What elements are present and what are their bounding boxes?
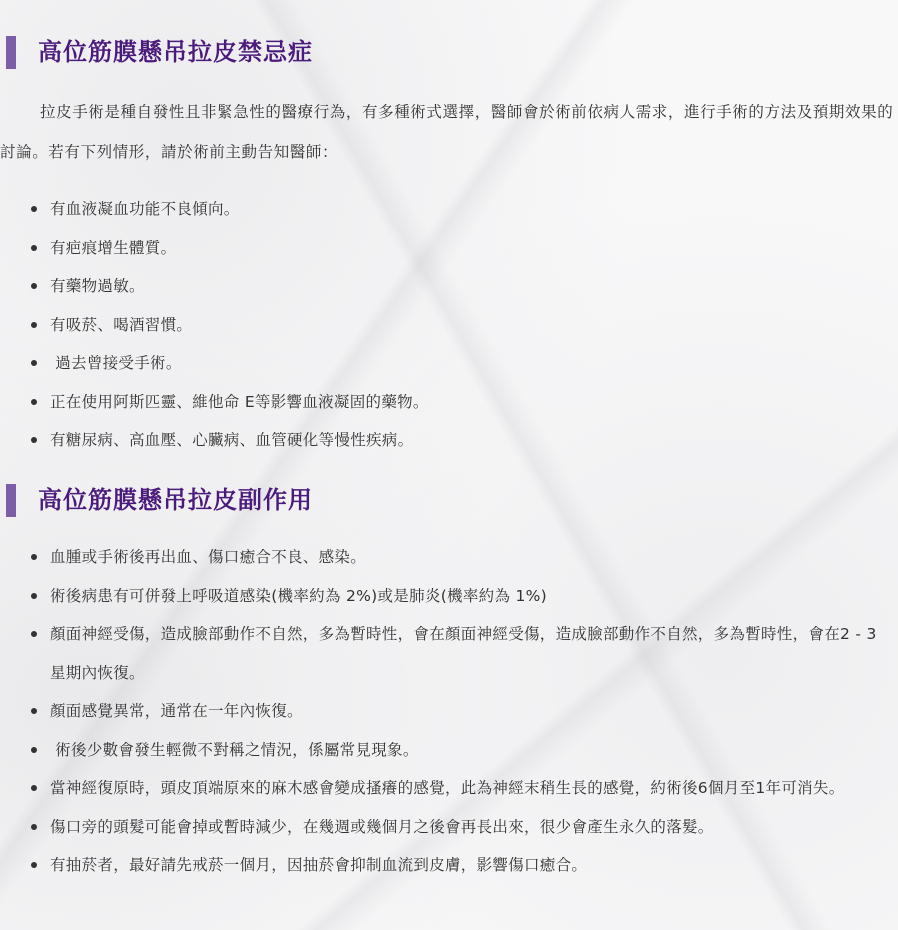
bullet-icon <box>31 360 37 366</box>
bullet-icon <box>31 206 37 212</box>
heading-title: 高位筋膜懸吊拉皮禁忌症 <box>38 34 313 70</box>
heading-accent-bar <box>6 36 16 69</box>
contraindications-list: 有血液凝血功能不良傾向。 有疤痕增生體質。 有藥物過敏。 有吸菸、喝酒習慣。 過… <box>0 190 898 460</box>
bullet-icon <box>31 399 37 405</box>
bullet-icon <box>31 593 37 599</box>
list-item: 傷口旁的頭髮可能會掉或暫時減少，在幾週或幾個月之後會再長出來，很少會產生永久的落… <box>0 808 898 847</box>
list-item: 顏面感覺異常，通常在一年內恢復。 <box>0 692 898 731</box>
list-item: 有吸菸、喝酒習慣。 <box>0 306 898 345</box>
bullet-icon <box>31 322 37 328</box>
list-item: 有疤痕增生體質。 <box>0 229 898 268</box>
bullet-icon <box>31 554 37 560</box>
bullet-icon <box>31 824 37 830</box>
side-effects-list: 血腫或手術後再出血、傷口癒合不良、感染。 術後病患有可併發上呼吸道感染(機率約為… <box>0 538 898 885</box>
list-item: 有糖尿病、高血壓、心臟病、血管硬化等慢性疾病。 <box>0 421 898 460</box>
bullet-icon <box>31 245 37 251</box>
list-item: 有藥物過敏。 <box>0 267 898 306</box>
bullet-icon <box>31 283 37 289</box>
list-item: 當神經復原時，頭皮頂端原來的麻木感會變成搔癢的感覺，此為神經末稍生長的感覺，約術… <box>0 769 898 808</box>
list-item: 顏面神經受傷，造成臉部動作不自然，多為暫時性，會在顏面神經受傷，造成臉部動作不自… <box>0 615 898 692</box>
list-item: 正在使用阿斯匹靈、維他命 E等影響血液凝固的藥物。 <box>0 383 898 422</box>
section-heading-side-effects: 高位筋膜懸吊拉皮副作用 <box>6 482 313 518</box>
bullet-icon <box>31 862 37 868</box>
heading-title: 高位筋膜懸吊拉皮副作用 <box>38 482 313 518</box>
list-item: 有血液凝血功能不良傾向。 <box>0 190 898 229</box>
bullet-icon <box>31 747 37 753</box>
bullet-icon <box>31 785 37 791</box>
list-item: 血腫或手術後再出血、傷口癒合不良、感染。 <box>0 538 898 577</box>
bullet-icon <box>31 631 37 637</box>
intro-paragraph: 拉皮手術是種自發性且非緊急性的醫療行為，有多種術式選擇，醫師會於術前依病人需求，… <box>0 92 895 172</box>
list-item: 術後少數會發生輕微不對稱之情況，係屬常見現象。 <box>0 731 898 770</box>
list-item: 術後病患有可併發上呼吸道感染(機率約為 2%)或是肺炎(機率約為 1%) <box>0 577 898 616</box>
list-item: 過去曾接受手術。 <box>0 344 898 383</box>
bullet-icon <box>31 437 37 443</box>
bullet-icon <box>31 708 37 714</box>
section-heading-contraindications: 高位筋膜懸吊拉皮禁忌症 <box>6 34 313 70</box>
list-item: 有抽菸者，最好請先戒菸一個月，因抽菸會抑制血流到皮膚，影響傷口癒合。 <box>0 846 898 885</box>
heading-accent-bar <box>6 484 16 517</box>
